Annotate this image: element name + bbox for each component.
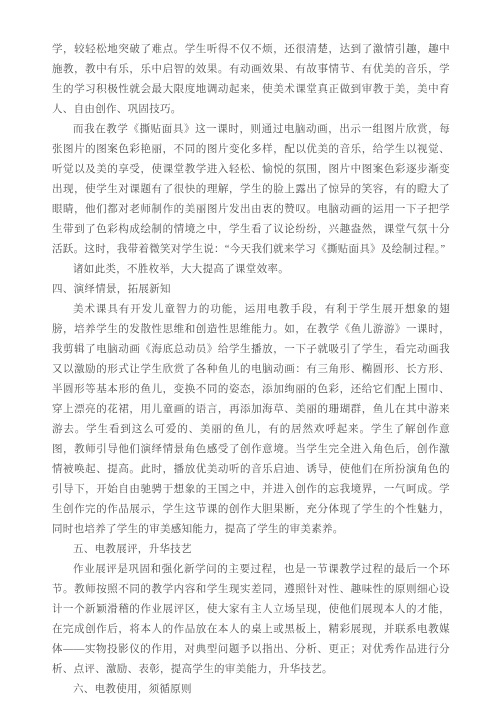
document-page: 学，较轻松地突破了难点。学生听得不仅不烦，还很清楚，达到了激情引趣，趣中施教，教… — [0, 0, 500, 707]
body-paragraph: 学，较轻松地突破了难点。学生听得不仅不烦，还很清楚，达到了激情引趣，趣中施教，教… — [52, 40, 450, 120]
body-paragraph: 美术课具有开发儿童智力的功能，运用电教手段，有利于学生展开想象的翅膀，培养学生的… — [52, 300, 450, 540]
body-paragraph: 诸如此类，不胜枚举，大大提高了课堂效率。 — [52, 260, 450, 280]
body-paragraph: 作业展评是巩固和强化新学问的主要过程，也是一节课教学过程的最后一个环节。教师按照… — [52, 560, 450, 680]
body-paragraph: 而我在教学《撕贴面具》这一课时，则通过电脑动画，出示一组图片欣赏，每张图片的图案… — [52, 120, 450, 260]
section-heading: 六、电教使用，须循原则 — [52, 680, 450, 700]
document-text-block: 学，较轻松地突破了难点。学生听得不仅不烦，还很清楚，达到了激情引趣，趣中施教，教… — [52, 40, 450, 700]
section-heading: 五、电教展评，升华技艺 — [52, 540, 450, 560]
section-heading: 四、演绎情景，拓展新知 — [52, 280, 450, 300]
